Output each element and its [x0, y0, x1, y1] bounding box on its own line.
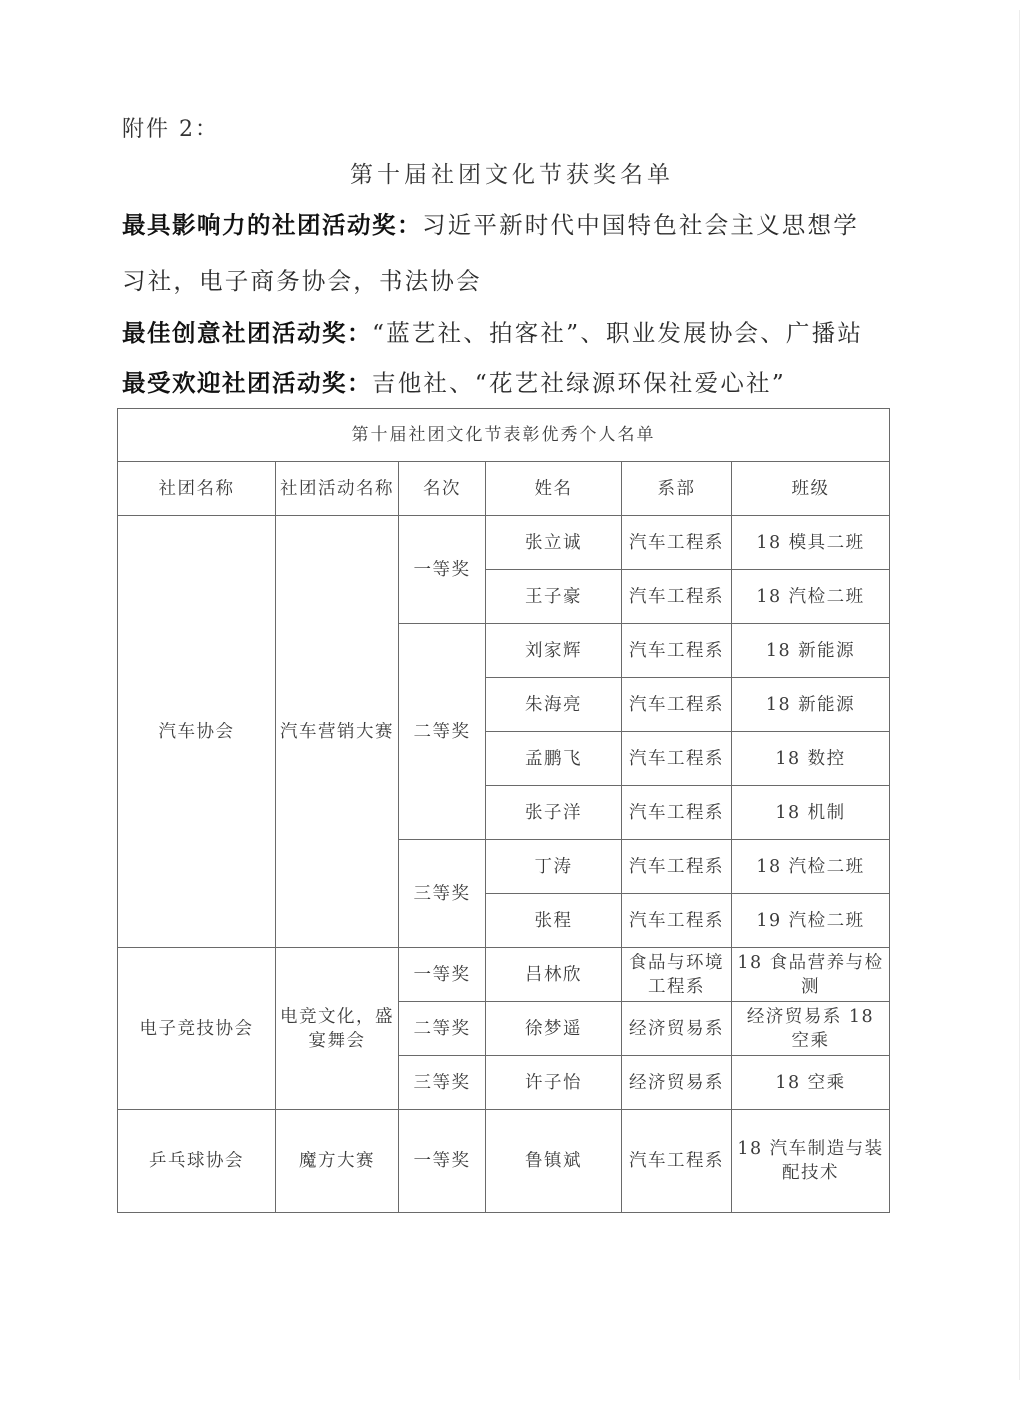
table-row: 汽车协会 汽车营销大赛 一等奖 张立诚 汽车工程系 18 模具二班 — [118, 516, 890, 570]
activity-name: 魔方大赛 — [276, 1110, 399, 1213]
class-name: 18 新能源 — [732, 678, 890, 732]
table-row: 电子竞技协会 电竞文化，盛宴舞会 一等奖 吕林欣 食品与环境工程系 18 食品营… — [118, 948, 890, 1002]
class-name: 18 新能源 — [732, 624, 890, 678]
rank: 二等奖 — [399, 624, 486, 840]
person-name: 鲁镇斌 — [486, 1110, 622, 1213]
person-name: 徐梦遥 — [486, 1002, 622, 1056]
scan-page-edge — [1019, 10, 1020, 1380]
department: 汽车工程系 — [622, 786, 732, 840]
person-name: 许子怡 — [486, 1056, 622, 1110]
award-winners: 吉他社、“花艺社绿源环保社爱心社” — [372, 369, 786, 397]
class-name: 18 汽检二班 — [732, 570, 890, 624]
column-header-club: 社团名称 — [118, 462, 276, 516]
class-name: 18 空乘 — [732, 1056, 890, 1110]
rank: 三等奖 — [399, 840, 486, 948]
column-header-rank: 名次 — [399, 462, 486, 516]
award-winners-continued: 习社，电子商务协会，书法协会 — [122, 267, 482, 295]
class-name: 19 汽检二班 — [732, 894, 890, 948]
person-name: 王子豪 — [486, 570, 622, 624]
department: 汽车工程系 — [622, 624, 732, 678]
department: 食品与环境工程系 — [622, 948, 732, 1002]
club-name: 乒乓球协会 — [118, 1110, 276, 1213]
award-category: 最具影响力的社团活动奖： — [122, 211, 422, 239]
club-name: 电子竞技协会 — [118, 948, 276, 1110]
award-winners: 习近平新时代中国特色社会主义思想学 — [422, 211, 859, 239]
person-name: 张子洋 — [486, 786, 622, 840]
column-header-department: 系部 — [622, 462, 732, 516]
department: 汽车工程系 — [622, 570, 732, 624]
class-name: 18 模具二班 — [732, 516, 890, 570]
activity-name: 电竞文化，盛宴舞会 — [276, 948, 399, 1110]
award-most-popular: 最受欢迎社团活动奖：吉他社、“花艺社绿源环保社爱心社” — [122, 355, 892, 411]
department: 汽车工程系 — [622, 516, 732, 570]
document-title: 第十届社团文化节获奖名单 — [0, 156, 1024, 189]
column-header-class: 班级 — [732, 462, 890, 516]
table-caption: 第十届社团文化节表彰优秀个人名单 — [118, 409, 890, 462]
person-name: 丁涛 — [486, 840, 622, 894]
department: 经济贸易系 — [622, 1002, 732, 1056]
department: 经济贸易系 — [622, 1056, 732, 1110]
activity-name: 汽车营销大赛 — [276, 516, 399, 948]
person-name: 朱海亮 — [486, 678, 622, 732]
rank: 一等奖 — [399, 948, 486, 1002]
person-name: 张立诚 — [486, 516, 622, 570]
award-winners: “蓝艺社、拍客社”、职业发展协会、广播站 — [372, 319, 863, 347]
person-name: 张程 — [486, 894, 622, 948]
person-name: 孟鹏飞 — [486, 732, 622, 786]
column-header-name: 姓名 — [486, 462, 622, 516]
award-category: 最受欢迎社团活动奖： — [122, 369, 372, 397]
class-name: 18 机制 — [732, 786, 890, 840]
class-name: 18 汽检二班 — [732, 840, 890, 894]
person-name: 吕林欣 — [486, 948, 622, 1002]
honor-roll-table: 第十届社团文化节表彰优秀个人名单 社团名称 社团活动名称 名次 姓名 系部 班级… — [117, 408, 890, 1213]
rank: 一等奖 — [399, 1110, 486, 1213]
award-best-creative: 最佳创意社团活动奖：“蓝艺社、拍客社”、职业发展协会、广播站 — [122, 305, 892, 361]
column-header-activity: 社团活动名称 — [276, 462, 399, 516]
department: 汽车工程系 — [622, 1110, 732, 1213]
class-name: 18 数控 — [732, 732, 890, 786]
award-most-influential: 最具影响力的社团活动奖：习近平新时代中国特色社会主义思想学 习社，电子商务协会，… — [122, 197, 892, 309]
department: 汽车工程系 — [622, 678, 732, 732]
department: 汽车工程系 — [622, 732, 732, 786]
table-row: 乒乓球协会 魔方大赛 一等奖 鲁镇斌 汽车工程系 18 汽车制造与装配技术 — [118, 1110, 890, 1213]
class-name: 经济贸易系 18 空乘 — [732, 1002, 890, 1056]
club-name: 汽车协会 — [118, 516, 276, 948]
class-name: 18 食品营养与检测 — [732, 948, 890, 1002]
department: 汽车工程系 — [622, 894, 732, 948]
person-name: 刘家辉 — [486, 624, 622, 678]
class-name: 18 汽车制造与装配技术 — [732, 1110, 890, 1213]
rank: 三等奖 — [399, 1056, 486, 1110]
rank: 二等奖 — [399, 1002, 486, 1056]
award-category: 最佳创意社团活动奖： — [122, 319, 372, 347]
department: 汽车工程系 — [622, 840, 732, 894]
rank: 一等奖 — [399, 516, 486, 624]
table-header-row: 社团名称 社团活动名称 名次 姓名 系部 班级 — [118, 462, 890, 516]
attachment-label: 附件 2： — [122, 112, 219, 143]
